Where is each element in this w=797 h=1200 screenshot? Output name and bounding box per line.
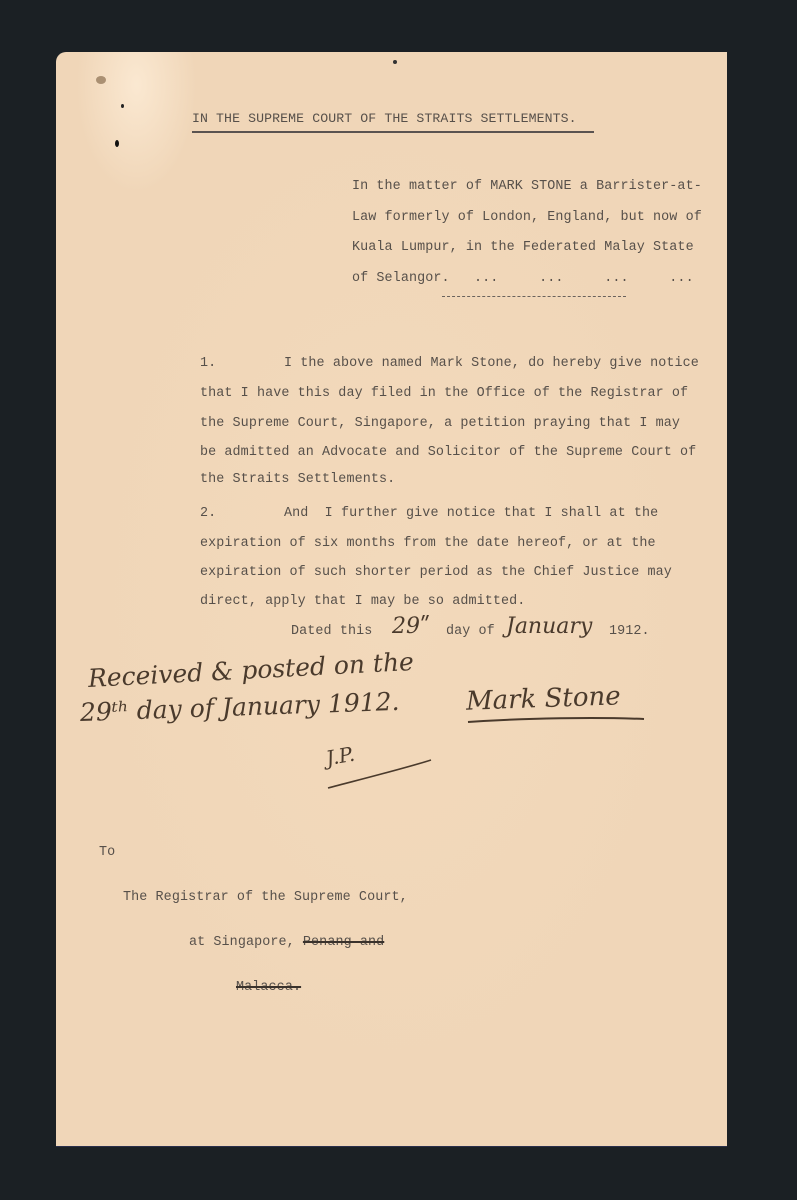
paragraph-1-first-line: I the above named Mark Stone, do hereby …	[284, 357, 699, 370]
address-singapore: at Singapore,	[189, 935, 303, 950]
matter-line-3: Kuala Lumpur, in the Federated Malay Sta…	[352, 241, 694, 254]
paragraph-1-number: 1.	[200, 357, 216, 370]
matter-dashed-rule	[442, 296, 626, 297]
paragraph-1-line: the Straits Settlements.	[200, 473, 395, 486]
paper-stain	[96, 76, 106, 84]
matter-line-1: In the matter of MARK STONE a Barrister-…	[352, 180, 702, 193]
paragraph-2-line: expiration of such shorter period as the…	[200, 566, 672, 579]
dated-prefix: Dated this	[291, 625, 372, 638]
paragraph-2-line: expiration of six months from the date h…	[200, 537, 656, 550]
court-heading: IN THE SUPREME COURT OF THE STRAITS SETT…	[192, 112, 577, 125]
paragraph-1-line: that I have this day filed in the Office…	[200, 387, 688, 400]
address-line-2: at Singapore, Penang and	[189, 936, 384, 949]
received-note-line-2: 29ᵗʰ day of January 1912.	[80, 689, 400, 725]
signature-mark-stone: Mark Stone	[466, 683, 621, 714]
heading-underline	[192, 131, 594, 133]
paper-mark	[393, 60, 397, 64]
paper-hole	[115, 140, 119, 147]
address-to: To	[99, 846, 115, 859]
initials-underline	[326, 752, 436, 792]
address-line-1: The Registrar of the Supreme Court,	[123, 891, 408, 904]
paragraph-1-line: the Supreme Court, Singapore, a petition…	[200, 417, 680, 430]
paragraph-2-number: 2.	[200, 507, 216, 520]
received-note-line-1: Received & posted on the	[87, 649, 414, 691]
document-page: IN THE SUPREME COURT OF THE STRAITS SETT…	[56, 52, 727, 1146]
matter-line-2: Law formerly of London, England, but now…	[352, 211, 702, 224]
dated-day-handwritten: 29ʺ	[392, 616, 430, 638]
address-struck-penang: Penang and	[303, 935, 384, 950]
dated-month-handwritten: January	[506, 616, 592, 638]
address-struck-malacca: Malacca.	[236, 981, 301, 994]
matter-line-4: of Selangor. ... ... ... ...	[352, 272, 694, 285]
dated-middle: day of	[446, 625, 495, 638]
paragraph-2-first-line: And I further give notice that I shall a…	[284, 507, 658, 520]
paragraph-1-line: be admitted an Advocate and Solicitor of…	[200, 446, 696, 459]
signature-underline	[466, 716, 656, 726]
paper-hole	[121, 104, 124, 108]
paragraph-2-line: direct, apply that I may be so admitted.	[200, 595, 525, 608]
dated-year: 1912.	[609, 625, 650, 638]
